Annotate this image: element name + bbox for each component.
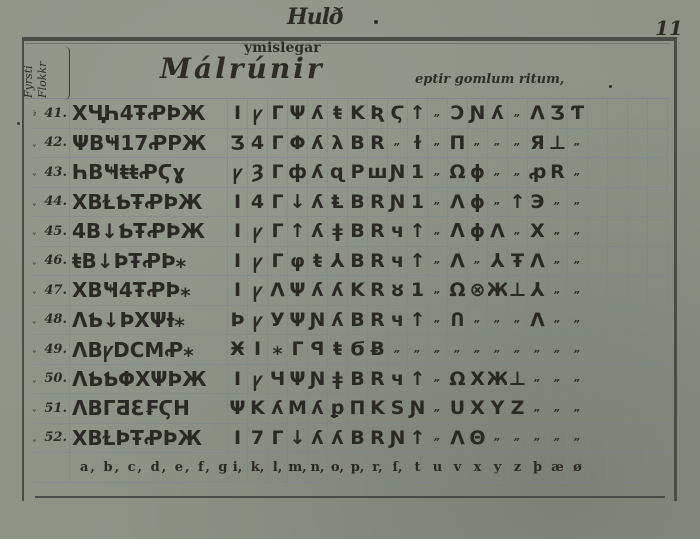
row-number: „50. (33, 365, 70, 395)
rune-cell: „ (568, 424, 588, 454)
empty-cell (628, 453, 648, 483)
empty-cell (608, 217, 628, 247)
rune-cell: ꝩ (248, 247, 268, 277)
rune-cell: 1 (408, 276, 428, 306)
empty-cell (588, 217, 608, 247)
rune-cell: ф (288, 158, 308, 188)
rune-cell: Π (348, 394, 368, 424)
row-number-label: 41. (44, 106, 67, 121)
rune-cell: Ɲ (388, 188, 408, 218)
row-mark: „ (33, 403, 36, 413)
rune-cell: „ (568, 129, 588, 159)
rune-cell: R (368, 306, 388, 336)
row-mark: „ (33, 374, 36, 384)
rune-cell: I (228, 99, 248, 129)
empty-cell (628, 188, 648, 218)
rune-cell: I (228, 188, 248, 218)
rune-cell: „ (488, 129, 508, 159)
rune-cell: „ (548, 247, 568, 277)
alphabet-cell: i, (228, 453, 248, 483)
empty-cell (628, 365, 648, 395)
rune-cell: Λ (448, 424, 468, 454)
margin-dot (17, 122, 20, 125)
empty-cell (588, 394, 608, 424)
rune-cell: ꝩ (248, 217, 268, 247)
empty-cell (628, 424, 648, 454)
rune-cell: ꝩ (248, 99, 268, 129)
rune-cell: K (348, 276, 368, 306)
rune-cell: ⊥ (508, 276, 528, 306)
rune-cell: λ (328, 129, 348, 159)
rune-cell: ↑ (408, 306, 428, 336)
row-number: „42. (33, 129, 70, 159)
rune-cell: ǂ (328, 217, 348, 247)
rune-cell: Ɲ (388, 158, 408, 188)
rune-cell: ǂ (328, 365, 348, 395)
row-number: „47. (33, 276, 70, 306)
rune-prefix: ŧB↓ϷŦꝒϷ⁎ (70, 247, 228, 277)
rune-cell: Γ (268, 247, 288, 277)
alphabet-cell: p, (348, 453, 368, 483)
brace-icon (63, 46, 70, 100)
alphabet-cell: z (508, 453, 528, 483)
rune-cell: Ɲ (308, 365, 328, 395)
rune-cell: Ч (268, 365, 288, 395)
rune-cell: „ (568, 365, 588, 395)
empty-cell (588, 158, 608, 188)
empty-cell (608, 276, 628, 306)
rune-cell: „ (568, 247, 588, 277)
alphabet-cell: ſ, (388, 453, 408, 483)
rune-cell: R (548, 158, 568, 188)
rune-cell: ⅄ (488, 247, 508, 277)
alphabet-cell: r, (368, 453, 388, 483)
empty-cell (608, 394, 628, 424)
rune-cell: 1 (408, 158, 428, 188)
page-heading: Hulð (287, 4, 343, 30)
rune-cell: Γ (268, 424, 288, 454)
rune-cell: Ʒ (228, 129, 248, 159)
rune-cell: „ (508, 158, 528, 188)
rune-cell: ꝓ (528, 158, 548, 188)
row-number: №41. (33, 99, 70, 129)
row-mark: „ (33, 138, 36, 148)
rune-cell: Ʀ (368, 99, 388, 129)
empty-cell (648, 453, 668, 483)
rune-cell: ʎ (308, 394, 328, 424)
rune-cell: Я (528, 129, 548, 159)
empty-cell (648, 158, 668, 188)
alphabet-cell: y (488, 453, 508, 483)
row-number-label: 52. (44, 430, 67, 445)
rune-cell: ʎ (308, 158, 328, 188)
row-number-label: 49. (44, 342, 67, 357)
rune-cell: U (448, 394, 468, 424)
rune-prefix: ΧBⱢƄŦꝒϷЖ (70, 188, 228, 218)
row-mark: „ (33, 433, 36, 443)
rune-cell: „ (468, 335, 488, 365)
rune-cell: „ (488, 158, 508, 188)
rune-cell: ⊥ (508, 365, 528, 395)
rune-cell: ч (388, 306, 408, 336)
rune-cell: „ (428, 424, 448, 454)
rune-cell: „ (428, 276, 448, 306)
rune-prefix: ΨBҸ17ꝒPЖ (70, 129, 228, 159)
rune-cell: „ (568, 158, 588, 188)
row-mark: „ (33, 315, 36, 325)
group-label-line2: Flokkr (36, 62, 49, 98)
rune-cell: Φ (288, 129, 308, 159)
empty-cell (628, 247, 648, 277)
rune-cell: „ (408, 335, 428, 365)
rune-cell: X (468, 365, 488, 395)
rune-cell: Z (508, 394, 528, 424)
rune-cell: Ӿ (228, 335, 248, 365)
rune-cell: Ŧ (508, 247, 528, 277)
row-number: „49. (33, 335, 70, 365)
rune-cell: Ψ (288, 276, 308, 306)
rune-prefix: ΧBⱢϷŦꝒϷЖ (70, 424, 228, 454)
rune-cell: ↑ (408, 99, 428, 129)
rune-cell: Ɲ (468, 99, 488, 129)
empty-cell (628, 394, 648, 424)
rune-cell: „ (428, 335, 448, 365)
rune-cell: „ (568, 394, 588, 424)
empty-cell (588, 453, 608, 483)
rune-cell: „ (488, 424, 508, 454)
rune-cell: X (468, 394, 488, 424)
rune-cell: K (368, 394, 388, 424)
row-number: „48. (33, 306, 70, 336)
table-inner-rule (25, 43, 670, 44)
title-subtitle: eptir gomlum ritum, (415, 72, 564, 87)
empty-cell (628, 158, 648, 188)
empty-cell (608, 424, 628, 454)
row-number: „52. (33, 424, 70, 454)
rune-cell: ↑ (408, 247, 428, 277)
rune-cell: Λ (268, 276, 288, 306)
rune-cell: ɫ (408, 129, 428, 159)
rune-cell: ʎ (328, 306, 348, 336)
rune-cell: R (368, 424, 388, 454)
rune-cell: R (368, 247, 388, 277)
rune-cell: ʎ (488, 99, 508, 129)
rune-cell: ŧ (328, 335, 348, 365)
heading-dot (374, 20, 378, 24)
rune-cell: „ (548, 365, 568, 395)
alphabet-cell: k, (248, 453, 268, 483)
row-number-label: 43. (44, 165, 67, 180)
rune-cell: ↑ (408, 217, 428, 247)
rune-cell: „ (468, 306, 488, 336)
row-number: „43. (33, 158, 70, 188)
rune-cell: Ɲ (408, 394, 428, 424)
rune-cell: 7 (248, 424, 268, 454)
rune-cell: B (348, 306, 368, 336)
rune-cell: Γ (268, 188, 288, 218)
empty-cell (588, 247, 608, 277)
alphabet-row-label (33, 453, 70, 483)
empty-cell (628, 129, 648, 159)
rune-cell: Λ (528, 306, 548, 336)
rune-cell: „ (428, 158, 448, 188)
rune-cell: ʎ (308, 129, 328, 159)
rune-prefix: ΛBΓƋƐ₣ϚH (70, 394, 228, 424)
rune-cell: „ (548, 394, 568, 424)
alphabet-cell: n, (308, 453, 328, 483)
empty-cell (628, 335, 648, 365)
rune-cell: Γ (268, 158, 288, 188)
rune-cell: „ (508, 335, 528, 365)
alphabet-cell: t (408, 453, 428, 483)
rune-cell: Ϭ (348, 335, 368, 365)
row-number-label: 51. (44, 401, 67, 416)
alphabet-cell: v (448, 453, 468, 483)
row-number: „51. (33, 394, 70, 424)
rune-cell: ŧ (328, 99, 348, 129)
rune-cell: „ (508, 99, 528, 129)
alphabet-cell: o, (328, 453, 348, 483)
rune-cell: ꝩ (248, 276, 268, 306)
rune-cell: ɸ (468, 158, 488, 188)
rune-cell: ʎ (268, 394, 288, 424)
empty-cell (608, 335, 628, 365)
rune-cell: Ψ (228, 394, 248, 424)
rune-cell: M (288, 394, 308, 424)
rune-cell: I (228, 247, 248, 277)
rune-prefix: ΛƄƄΦXΨϷЖ (70, 365, 228, 395)
empty-cell (648, 365, 668, 395)
empty-cell (608, 306, 628, 336)
rune-cell: „ (548, 276, 568, 306)
rune-cell: ɸ (468, 217, 488, 247)
rune-cell: Λ (448, 247, 468, 277)
rune-cell: K (248, 394, 268, 424)
rune-cell: Ω (448, 158, 468, 188)
row-mark: „ (33, 167, 36, 177)
rune-cell: R (368, 188, 388, 218)
rune-cell: I (248, 335, 268, 365)
rune-cell: ꝑ (328, 394, 348, 424)
row-number: „44. (33, 188, 70, 218)
alphabet-prefix: a, b, c, d, e, f, g, h, (70, 453, 228, 483)
alphabet-cell: l, (268, 453, 288, 483)
rune-cell: „ (388, 335, 408, 365)
rune-cell: ꝩ (248, 306, 268, 336)
rune-cell: Ϸ (228, 306, 248, 336)
rune-prefix: ΧBҸ4ŦꝒϷ⁎ (70, 276, 228, 306)
rune-cell: „ (508, 129, 528, 159)
rune-cell: „ (548, 217, 568, 247)
empty-cell (648, 188, 668, 218)
rune-cell: I (228, 365, 248, 395)
rune-cell: „ (428, 365, 448, 395)
rune-cell: ↓ (288, 424, 308, 454)
rune-cell: Γ (268, 217, 288, 247)
rune-cell: ↑ (408, 424, 428, 454)
empty-cell (608, 453, 628, 483)
empty-cell (588, 188, 608, 218)
rune-cell: P (348, 158, 368, 188)
row-number-label: 42. (44, 135, 67, 150)
rune-cell: „ (428, 217, 448, 247)
rune-cell: Λ (488, 217, 508, 247)
empty-cell (648, 424, 668, 454)
rune-cell: ꝩ (248, 365, 268, 395)
empty-cell (648, 335, 668, 365)
row-mark: „ (33, 285, 36, 295)
rune-cell: „ (488, 188, 508, 218)
empty-cell (588, 424, 608, 454)
rune-cell: φ (288, 247, 308, 277)
rune-cell: ŧ (308, 247, 328, 277)
rune-cell: ɋ (328, 158, 348, 188)
rune-cell: R (368, 217, 388, 247)
rune-cell: „ (508, 306, 528, 336)
rune-cell: B (348, 247, 368, 277)
empty-cell (588, 129, 608, 159)
empty-cell (588, 306, 608, 336)
rune-cell: I (228, 276, 248, 306)
row-number-label: 48. (44, 312, 67, 327)
rune-cell: „ (548, 335, 568, 365)
rune-cell: K (348, 99, 368, 129)
rune-cell: Ɲ (388, 424, 408, 454)
rune-cell: Ж (488, 365, 508, 395)
rune-cell: ʎ (308, 424, 328, 454)
rune-cell: „ (568, 306, 588, 336)
rune-cell: ↓ (288, 188, 308, 218)
rune-cell: „ (448, 335, 468, 365)
title-dot (609, 85, 612, 88)
rune-cell: Ψ (288, 365, 308, 395)
rune-cell: ч (388, 217, 408, 247)
alphabet-cell: þ (528, 453, 548, 483)
rune-cell: B (348, 129, 368, 159)
row-number-label: 46. (44, 253, 67, 268)
rune-cell: „ (528, 394, 548, 424)
row-number-label: 45. (44, 224, 67, 239)
alphabet-cell: u (428, 453, 448, 483)
rune-cell: R (368, 129, 388, 159)
rune-cell: Ψ (288, 99, 308, 129)
empty-cell (648, 276, 668, 306)
rune-prefix: ҺBҸŧŧꝒϚɣ (70, 158, 228, 188)
rune-cell: Э (528, 188, 548, 218)
rune-prefix: ΧҶҺ4ŦꝒϷЖ (70, 99, 228, 129)
rune-cell: S (388, 394, 408, 424)
alphabet-cell: m, (288, 453, 308, 483)
group-label-line1: Fyrsti (22, 65, 35, 98)
rune-cell: „ (488, 335, 508, 365)
rune-cell: ȣ (388, 276, 408, 306)
rune-cell: ⊥ (548, 129, 568, 159)
rune-cell: ↑ (288, 217, 308, 247)
rune-cell: I (228, 217, 248, 247)
empty-cell (608, 99, 628, 129)
rune-cell: Ո (448, 306, 468, 336)
rune-cell: Γ (288, 335, 308, 365)
rune-cell: „ (428, 99, 448, 129)
rune-cell: ⊗ (468, 276, 488, 306)
row-mark: „ (33, 256, 36, 266)
row-mark: „ (33, 344, 36, 354)
rune-cell: Λ (448, 188, 468, 218)
empty-cell (608, 365, 628, 395)
rune-cell: I (228, 424, 248, 454)
rune-cell: „ (428, 129, 448, 159)
rune-cell: „ (568, 335, 588, 365)
rune-cell: ʎ (328, 424, 348, 454)
empty-cell (588, 335, 608, 365)
group-label: Fyrsti Flokkr (20, 48, 62, 100)
page-title: Málrúnir (160, 52, 325, 85)
rune-cell: „ (428, 394, 448, 424)
rune-cell: „ (488, 306, 508, 336)
empty-cell (588, 276, 608, 306)
rune-cell: ꟼ (308, 335, 328, 365)
rune-cell: „ (468, 247, 488, 277)
rune-cell: „ (568, 217, 588, 247)
rune-cell: У (268, 306, 288, 336)
row-number-label: 50. (44, 371, 67, 386)
rune-cell: Ʒ (548, 99, 568, 129)
rune-cell: „ (548, 188, 568, 218)
rune-cell: ↑ (408, 365, 428, 395)
rune-cell: „ (528, 424, 548, 454)
rune-cell: ʎ (328, 276, 348, 306)
rune-cell: ⅄ (528, 276, 548, 306)
rune-prefix: 4B↓ƄŦꝒϷЖ (70, 217, 228, 247)
rune-cell: B (348, 365, 368, 395)
rune-cell: „ (468, 129, 488, 159)
empty-cell (648, 306, 668, 336)
table-frame-bottom (35, 496, 665, 498)
rune-cell: „ (548, 306, 568, 336)
rune-cell: Ͻ (448, 99, 468, 129)
empty-cell (648, 99, 668, 129)
alphabet-cell: x (468, 453, 488, 483)
rune-cell: Ω (448, 365, 468, 395)
rune-cell: B (348, 424, 368, 454)
rune-cell: „ (568, 276, 588, 306)
rune-cell: Ȝ (248, 158, 268, 188)
rune-cell: ʎ (308, 188, 328, 218)
empty-cell (588, 99, 608, 129)
empty-cell (608, 129, 628, 159)
rune-cell: Λ (528, 99, 548, 129)
rune-cell: „ (388, 129, 408, 159)
empty-cell (628, 306, 648, 336)
empty-cell (608, 247, 628, 277)
empty-cell (628, 99, 648, 129)
rune-cell: B (348, 188, 368, 218)
row-mark: „ (33, 226, 36, 236)
rune-cell: 4 (248, 129, 268, 159)
rune-cell: ɸ (468, 188, 488, 218)
rune-cell: ʎ (308, 217, 328, 247)
rune-cell: „ (528, 365, 548, 395)
empty-cell (628, 276, 648, 306)
rune-cell: ⁎ (268, 335, 288, 365)
empty-cell (648, 394, 668, 424)
rune-cell: „ (428, 188, 448, 218)
alphabet-cell: æ (548, 453, 568, 483)
rune-cell: B (348, 217, 368, 247)
empty-cell (628, 217, 648, 247)
rune-cell: ч (388, 247, 408, 277)
rune-cell: R (368, 276, 388, 306)
